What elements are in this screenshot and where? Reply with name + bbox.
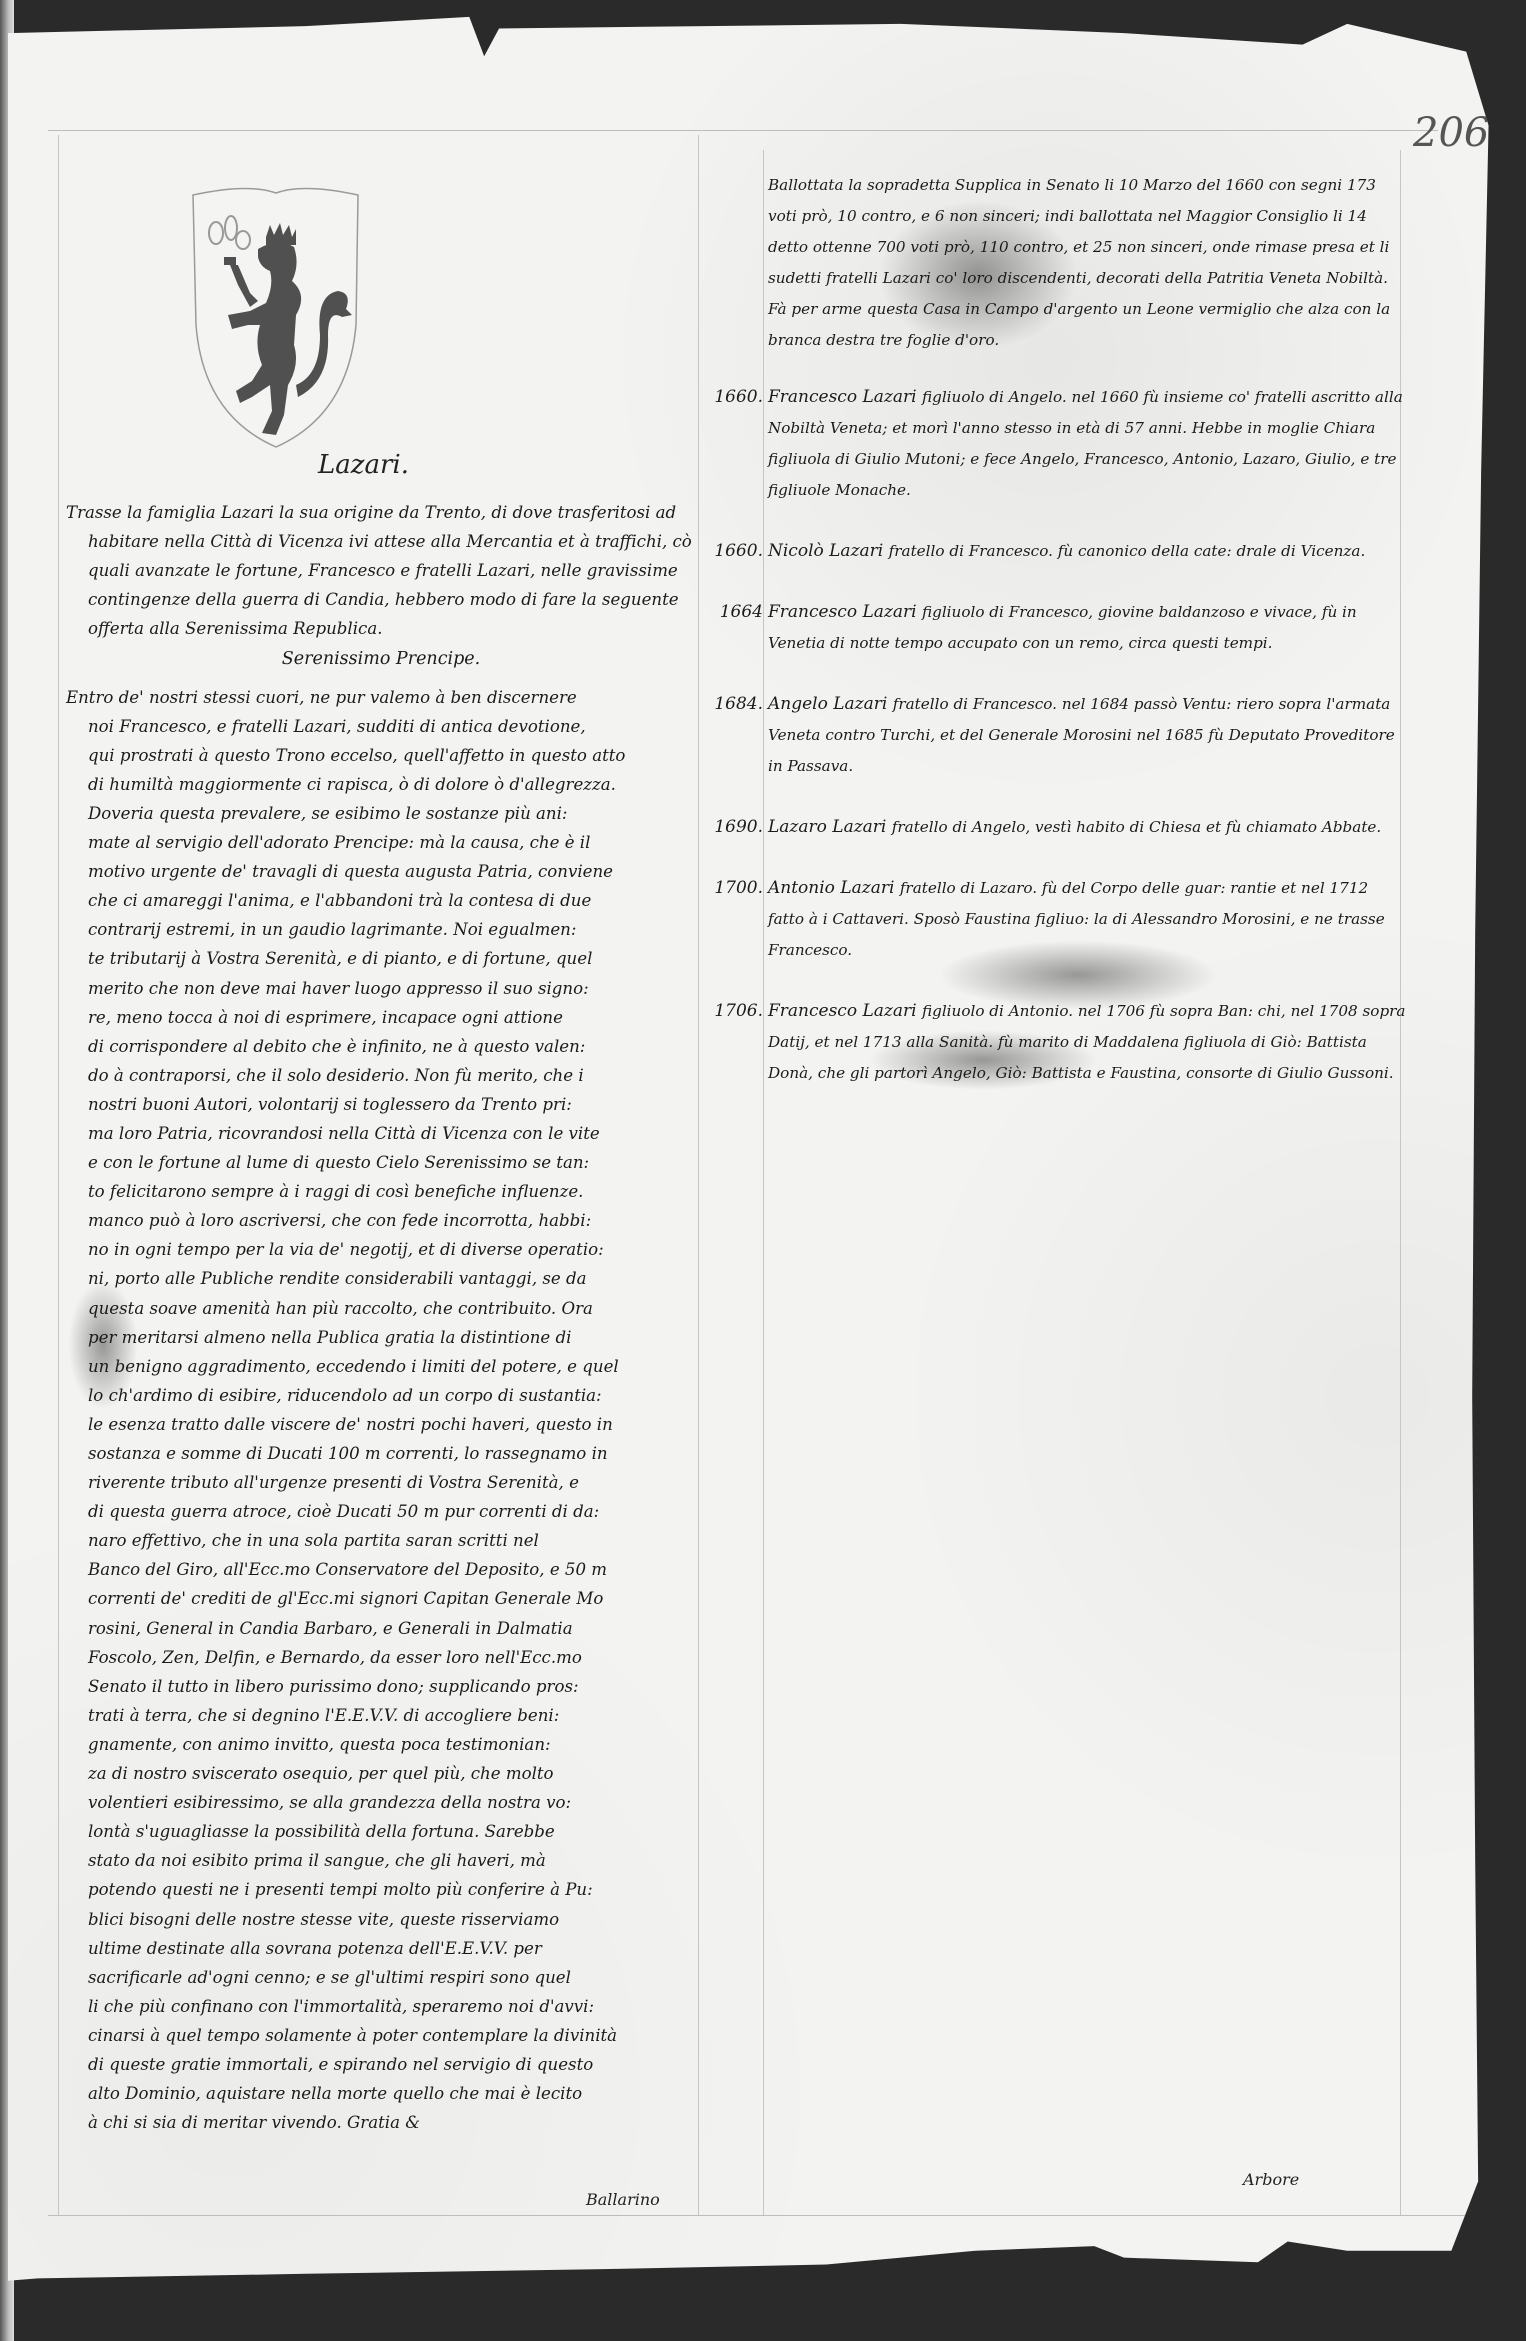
- petition-line: motivo urgente de' travagli di questa au…: [66, 857, 696, 886]
- entry-person-name: Antonio Lazari: [768, 878, 900, 898]
- petition-line: do à contraporsi, che il solo desiderio.…: [66, 1061, 696, 1090]
- petition-line: cinarsi à quel tempo solamente à poter c…: [66, 2021, 696, 2050]
- genealogy-entry: 1690.Lazaro Lazari fratello di Angelo, v…: [768, 812, 1408, 843]
- petition-line: Entro de' nostri stessi cuori, ne pur va…: [66, 683, 696, 712]
- genealogy-entry: 1660.Francesco Lazari figliuolo di Angel…: [768, 382, 1408, 506]
- top-ruled-line: [48, 130, 1438, 131]
- petition-line: Foscolo, Zen, Delfin, e Bernardo, da ess…: [66, 1643, 696, 1672]
- petition-line: correnti de' crediti de gl'Ecc.mi signor…: [66, 1584, 696, 1613]
- signature-right: Arbore: [1243, 2170, 1299, 2189]
- left-column-text: Trasse la famiglia Lazari la sua origine…: [66, 498, 696, 2137]
- shield-rampant-lion-icon: [188, 185, 363, 450]
- petition-line: che ci amareggi l'anima, e l'abbandoni t…: [66, 886, 696, 915]
- entry-year: 1664: [688, 597, 768, 659]
- petition-line: potendo questi ne i presenti tempi molto…: [66, 1875, 696, 1904]
- petition-line: naro effettivo, che in una sola partita …: [66, 1526, 696, 1555]
- entry-text: Angelo Lazari fratello di Francesco. nel…: [768, 689, 1408, 782]
- petition-line: sostanza e somme di Ducati 100 m corrent…: [66, 1439, 696, 1468]
- entry-person-name: Nicolò Lazari: [768, 541, 889, 561]
- petition-line: un benigno aggradimento, eccedendo i lim…: [66, 1352, 696, 1381]
- petition-line: di queste gratie immortali, e spirando n…: [66, 2050, 696, 2079]
- entry-year: 1660.: [688, 536, 768, 567]
- petition-line: à chi si sia di meritar vivendo. Gratia …: [66, 2108, 696, 2137]
- petition-line: le esenza tratto dalle viscere de' nostr…: [66, 1410, 696, 1439]
- genealogy-entries: 1660.Francesco Lazari figliuolo di Angel…: [768, 382, 1408, 1089]
- petition-line: di questa guerra atroce, cioè Ducati 50 …: [66, 1497, 696, 1526]
- petition-line: Doveria questa prevalere, se esibimo le …: [66, 799, 696, 828]
- petition-line: re, meno tocca à noi di esprimere, incap…: [66, 1003, 696, 1032]
- entry-person-name: Lazaro Lazari: [768, 817, 892, 837]
- genealogy-entry: 1700.Antonio Lazari fratello di Lazaro. …: [768, 873, 1408, 966]
- petition-line: no in ogni tempo per la via de' negotij,…: [66, 1235, 696, 1264]
- petition-line: contrarij estremi, in un gaudio lagriman…: [66, 915, 696, 944]
- genealogy-entry: 1706.Francesco Lazari figliuolo di Anton…: [768, 996, 1408, 1089]
- petition-line: nostri buoni Autori, volontarij si togle…: [66, 1090, 696, 1119]
- entry-year: 1684.: [688, 689, 768, 782]
- petition-line: riverente tributo all'urgenze presenti d…: [66, 1468, 696, 1497]
- petition-line: te tributarij à Vostra Serenità, e di pi…: [66, 944, 696, 973]
- entry-biography: fratello di Angelo, vestì habito di Chie…: [892, 818, 1381, 836]
- petition-line: noi Francesco, e fratelli Lazari, suddit…: [66, 712, 696, 741]
- entry-year: 1690.: [688, 812, 768, 843]
- petition-line: alto Dominio, aquistare nella morte quel…: [66, 2079, 696, 2108]
- petition-line: Senato il tutto in libero purissimo dono…: [66, 1672, 696, 1701]
- bottom-ruled-line: [48, 2215, 1468, 2216]
- entry-text: Francesco Lazari figliuolo di Angelo. ne…: [768, 382, 1408, 506]
- entry-biography: fratello di Francesco. fù canonico della…: [889, 542, 1366, 560]
- genealogy-entry: 1660.Nicolò Lazari fratello di Francesco…: [768, 536, 1408, 567]
- petition-line: manco può à loro ascriversi, che con fed…: [66, 1206, 696, 1235]
- petition-line: e con le fortune al lume di questo Cielo…: [66, 1148, 696, 1177]
- entry-text: Antonio Lazari fratello di Lazaro. fù de…: [768, 873, 1408, 966]
- petition-salutation: Serenissimo Prencipe.: [66, 645, 696, 674]
- genealogy-entry: 1684.Angelo Lazari fratello di Francesco…: [768, 689, 1408, 782]
- petition-line: mate al servigio dell'adorato Prencipe: …: [66, 828, 696, 857]
- family-origin-paragraph: Trasse la famiglia Lazari la sua origine…: [66, 498, 696, 643]
- entry-year: 1660.: [688, 382, 768, 506]
- entry-person-name: Francesco Lazari: [768, 1001, 922, 1021]
- petition-line: lontà s'uguagliasse la possibilità della…: [66, 1817, 696, 1846]
- petition-line: stato da noi esibito prima il sangue, ch…: [66, 1846, 696, 1875]
- petition-line: sacrificarle ad'ogni cenno; e se gl'ulti…: [66, 1963, 696, 1992]
- petition-line: questa soave amenità han più raccolto, c…: [66, 1294, 696, 1323]
- petition-line: Banco del Giro, all'Ecc.mo Conservatore …: [66, 1555, 696, 1584]
- petition-line: di corrispondere al debito che è infinit…: [66, 1032, 696, 1061]
- entry-person-name: Francesco Lazari: [768, 387, 922, 407]
- entry-text: Francesco Lazari figliuolo di Antonio. n…: [768, 996, 1408, 1089]
- entry-year: 1700.: [688, 873, 768, 966]
- petition-line: to felicitarono sempre à i raggi di così…: [66, 1177, 696, 1206]
- petition-line: trati à terra, che si degnino l'E.E.V.V.…: [66, 1701, 696, 1730]
- petition-line: ultime destinate alla sovrana potenza de…: [66, 1934, 696, 1963]
- petition-text: Entro de' nostri stessi cuori, ne pur va…: [66, 683, 696, 2138]
- petition-line: ma loro Patria, ricovrandosi nella Città…: [66, 1119, 696, 1148]
- petition-line: gnamente, con animo invitto, questa poca…: [66, 1730, 696, 1759]
- entry-text: Nicolò Lazari fratello di Francesco. fù …: [768, 536, 1408, 567]
- ballot-note: Ballottata la sopradetta Supplica in Sen…: [768, 170, 1408, 356]
- manuscript-page: 206 Lazari. Trasse la famiglia Lazari la…: [8, 10, 1496, 2320]
- entry-text: Lazaro Lazari fratello di Angelo, vestì …: [768, 812, 1408, 843]
- genealogy-entry: 1664Francesco Lazari figliuolo di France…: [768, 597, 1408, 659]
- left-margin-line: [58, 135, 59, 2215]
- petition-line: li che più confinano con l'immortalità, …: [66, 1992, 696, 2021]
- petition-line: rosini, General in Candia Barbaro, e Gen…: [66, 1614, 696, 1643]
- petition-line: za di nostro sviscerato osequio, per que…: [66, 1759, 696, 1788]
- family-name-heading: Lazari.: [318, 450, 438, 480]
- folio-number: 206: [1413, 110, 1489, 156]
- entry-year: 1706.: [688, 996, 768, 1089]
- petition-line: di humiltà maggiormente ci rapisca, ò di…: [66, 770, 696, 799]
- right-column-text: Ballottata la sopradetta Supplica in Sen…: [768, 170, 1408, 1119]
- entry-person-name: Angelo Lazari: [768, 694, 893, 714]
- petition-line: volentieri esibiressimo, se alla grandez…: [66, 1788, 696, 1817]
- entry-person-name: Francesco Lazari: [768, 602, 922, 622]
- petition-line: per meritarsi almeno nella Publica grati…: [66, 1323, 696, 1352]
- signature-left: Ballarino: [586, 2190, 660, 2209]
- petition-line: blici bisogni delle nostre stesse vite, …: [66, 1905, 696, 1934]
- entry-text: Francesco Lazari figliuolo di Francesco,…: [768, 597, 1408, 659]
- petition-line: ni, porto alle Publiche rendite consider…: [66, 1264, 696, 1293]
- petition-line: qui prostrati à questo Trono eccelso, qu…: [66, 741, 696, 770]
- petition-line: merito che non deve mai haver luogo appr…: [66, 974, 696, 1003]
- petition-line: lo ch'ardimo di esibire, riducendolo ad …: [66, 1381, 696, 1410]
